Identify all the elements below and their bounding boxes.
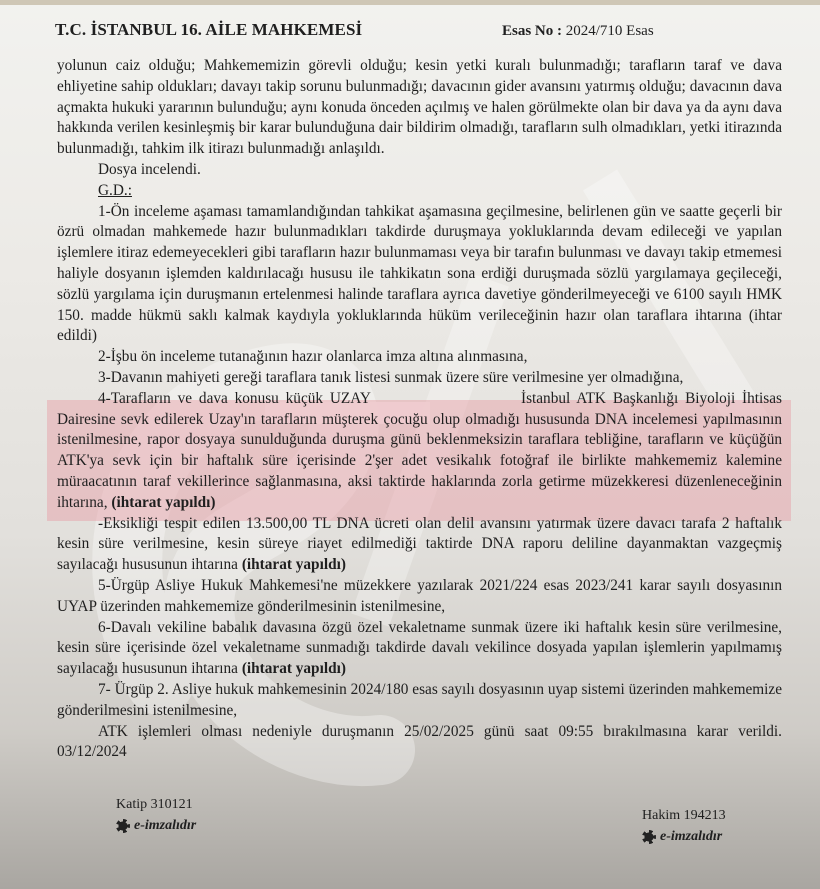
case-number-label: Esas No : bbox=[502, 23, 562, 39]
clerk-esign-label: e-imzalıdır bbox=[134, 818, 196, 834]
case-number: Esas No : 2024/710 Esas bbox=[502, 23, 654, 40]
closing-decision: ATK işlemleri olması nedeniyle duruşmanı… bbox=[57, 722, 782, 764]
item-1: 1-Ön inceleme aşaması tamamlandığından t… bbox=[57, 202, 782, 348]
item-6-text: 6-Davalı vekiline babalık davasına özgü … bbox=[57, 619, 782, 678]
item-6: 6-Davalı vekiline babalık davasına özgü … bbox=[57, 618, 782, 680]
item-3: 3-Davanın mahiyeti gereği taraflara tanı… bbox=[57, 368, 782, 389]
item-4-start: 4-Tarafların ve dava konusu küçük UZAY bbox=[98, 390, 371, 407]
gd-heading: G.D.: bbox=[57, 181, 782, 202]
item-7: 7- Ürgüp 2. Asliye hukuk mahkemesinin 20… bbox=[57, 680, 782, 722]
judge-name: Hakim 194213 bbox=[642, 808, 726, 824]
document-header: T.C. İSTANBUL 16. AİLE MAHKEMESİ Esas No… bbox=[55, 20, 780, 44]
file-reviewed: Dosya incelendi. bbox=[57, 160, 782, 181]
missing-fee: -Eksikliği tespit edilen 13.500,00 TL DN… bbox=[57, 514, 782, 576]
document-body: yolunun caiz olduğu; Mahkememizin görevl… bbox=[57, 56, 782, 763]
judge-esign-label: e-imzalıdır bbox=[660, 829, 722, 845]
item-4: 4-Tarafların ve dava konusu küçük UZAYİs… bbox=[57, 389, 782, 514]
paper-top-edge bbox=[0, 0, 820, 5]
seal-icon bbox=[116, 819, 130, 833]
item-5: 5-Ürgüp Asliye Hukuk Mahkemesi'ne müzekk… bbox=[57, 576, 782, 618]
item-4-rest: İstanbul ATK Başkanlığı Biyoloji İhtisas… bbox=[57, 390, 782, 511]
court-name: T.C. İSTANBUL 16. AİLE MAHKEMESİ bbox=[55, 20, 362, 40]
case-number-value: 2024/710 Esas bbox=[566, 23, 654, 39]
clerk-signature: Katip 310121 e-imzalıdır bbox=[116, 797, 196, 834]
judge-esign: e-imzalıdır bbox=[642, 829, 726, 845]
clerk-esign: e-imzalıdır bbox=[116, 818, 196, 834]
item-6-warning: (ihtarat yapıldı) bbox=[242, 660, 346, 677]
item-2: 2-İşbu ön inceleme tutanağının hazır ola… bbox=[57, 347, 782, 368]
item-4-warning: (ihtarat yapıldı) bbox=[111, 494, 215, 511]
missing-fee-warning: (ihtarat yapıldı) bbox=[242, 556, 346, 573]
clerk-name: Katip 310121 bbox=[116, 797, 196, 813]
seal-icon bbox=[642, 830, 656, 844]
judge-signature: Hakim 194213 e-imzalıdır bbox=[642, 808, 726, 845]
intro-paragraph: yolunun caiz olduğu; Mahkememizin görevl… bbox=[57, 56, 782, 160]
missing-fee-text: -Eksikliği tespit edilen 13.500,00 TL DN… bbox=[57, 515, 782, 574]
